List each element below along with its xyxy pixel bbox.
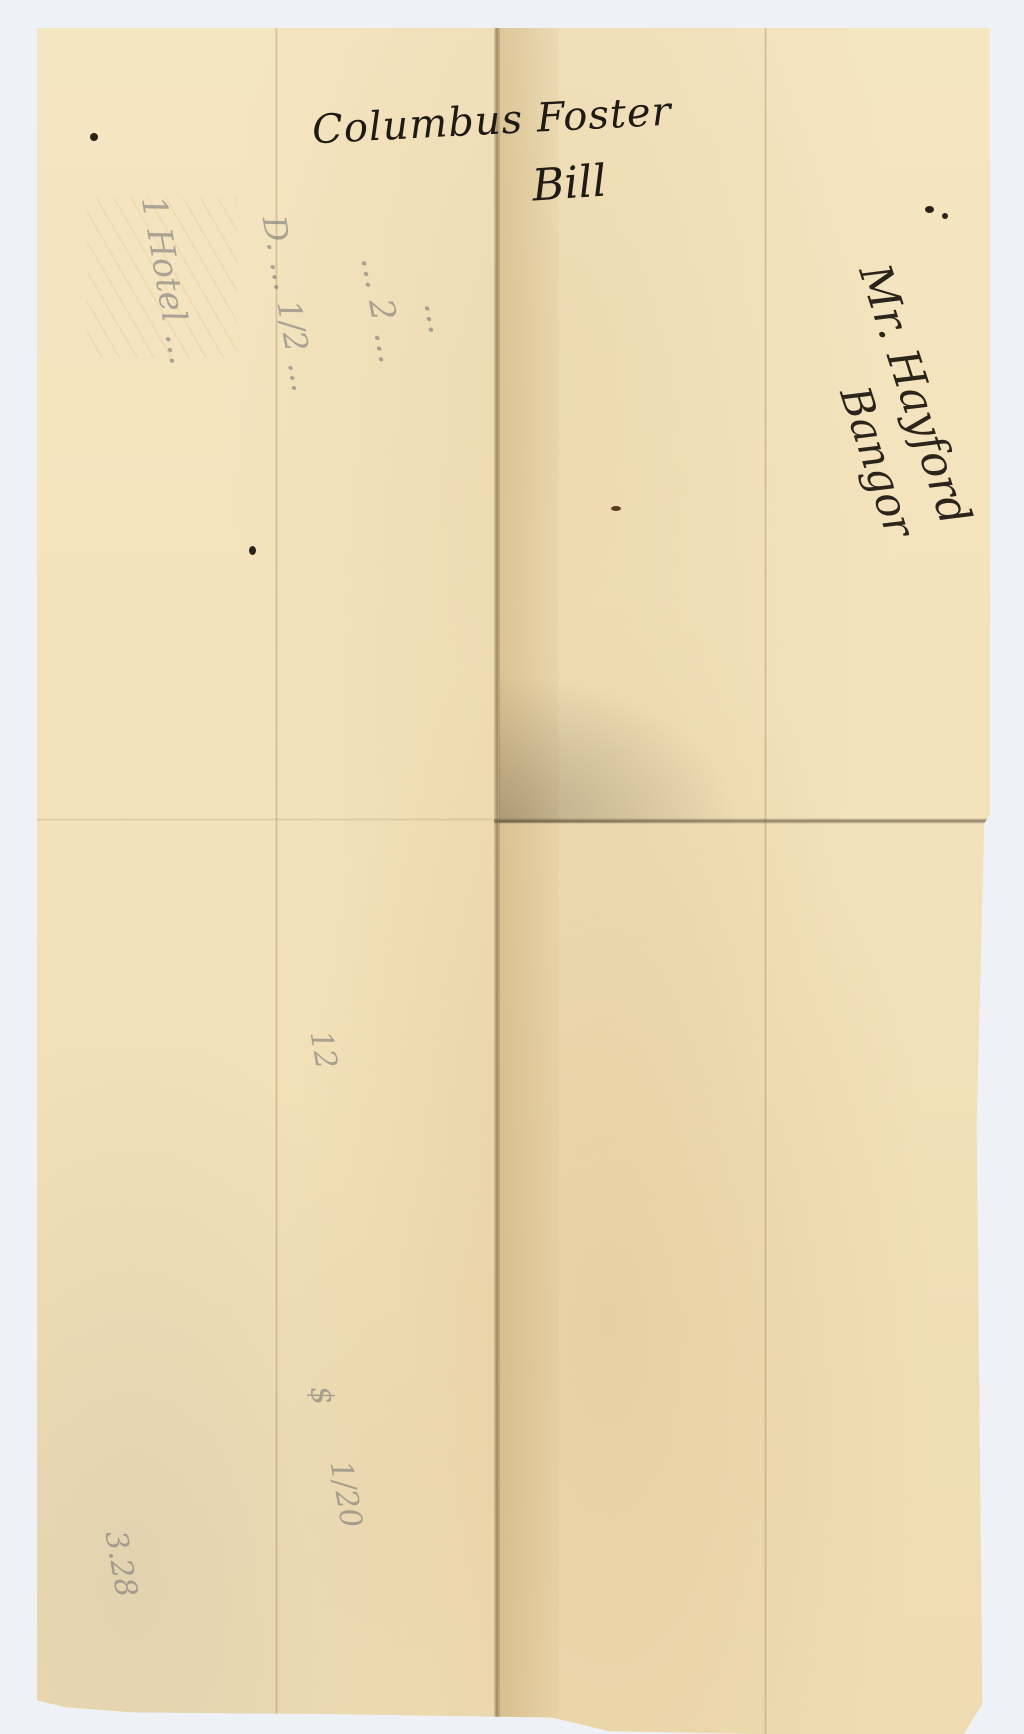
pencil-note-col-4: ... <box>416 298 461 337</box>
ink-spot <box>611 506 621 511</box>
pencil-amount-1: 12 <box>303 1028 344 1072</box>
pencil-amount-4: 3.28 <box>98 1528 144 1600</box>
pencil-note-col-2: D. ... 1/2 ... <box>255 213 323 395</box>
ink-spot <box>925 206 934 213</box>
ink-spot <box>249 546 256 555</box>
pencil-note-col-3: ... 2 ... <box>353 253 411 366</box>
docket-label: Bill <box>530 155 608 211</box>
address-block: Mr. Hayford Bangor <box>796 258 980 548</box>
ink-spot <box>942 213 948 219</box>
fold-shadow <box>499 648 779 823</box>
scan-background: Columbus Foster Bill Mr. Hayford Bangor … <box>0 0 1024 1734</box>
torn-edge <box>1003 908 1005 1468</box>
docket-name: Columbus Foster <box>311 89 673 154</box>
document-paper: Columbus Foster Bill Mr. Hayford Bangor … <box>37 28 990 1734</box>
fold-line-vertical-2 <box>494 28 500 1734</box>
ink-spot <box>90 133 98 141</box>
fold-line-vertical-3 <box>764 28 767 1734</box>
fold-line-horizontal <box>494 818 990 824</box>
pencil-amount-3: $ <box>303 1383 341 1408</box>
fold-line-horizontal-faint <box>37 818 494 821</box>
pencil-amount-2: 1/20 <box>323 1458 369 1530</box>
water-stain <box>499 28 559 1734</box>
